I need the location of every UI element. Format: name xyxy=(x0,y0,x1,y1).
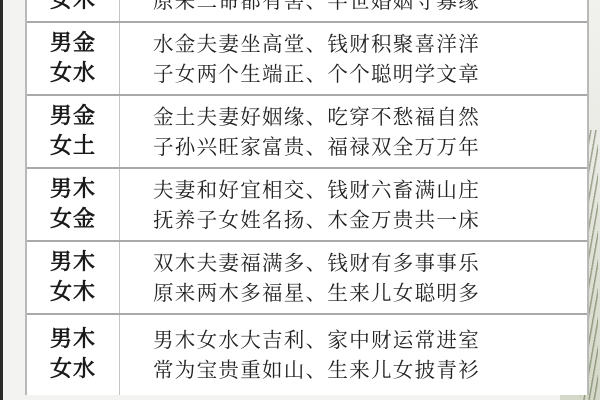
verse-cell: 夫妻和好宜相交、钱财六畜满山庄 抚养子女姓名扬、木金万贵共一床 xyxy=(120,169,587,240)
verse-line-2: 抚养子女姓名扬、木金万贵共一床 xyxy=(153,205,587,235)
element-pair-label: 男金 女木 xyxy=(27,0,120,21)
element-pair-label: 男金 女水 xyxy=(27,23,120,94)
verse-line-2: 子孙兴旺家富贵、福禄双全万万年 xyxy=(153,132,587,162)
verse-line-2: 原来二命都有害、半世婚姻守寡缘 xyxy=(153,0,587,16)
female-element: 女水 xyxy=(50,355,96,385)
left-border xyxy=(0,0,3,400)
table-row: 男木 女水 男木女水大吉利、家中财运常进室 常为宝贵重如山、生来儿女披青衫 xyxy=(27,315,587,395)
verse-cell: 双木夫妻福满多、钱财有多事事乐 原来两木多福星、生来儿女聪明多 xyxy=(120,242,587,313)
verse-cell: 金木夫妻不相配、时常争吵不安宁 原来二命都有害、半世婚姻守寡缘 xyxy=(120,0,587,21)
verse-line-1: 双木夫妻福满多、钱财有多事事乐 xyxy=(153,248,587,278)
male-element: 男木 xyxy=(50,248,96,278)
female-element: 女木 xyxy=(50,0,96,16)
female-element: 女木 xyxy=(50,278,96,308)
female-element: 女土 xyxy=(50,132,96,162)
verse-line-2: 子女两个生端正、个个聪明学文章 xyxy=(153,59,587,89)
female-element: 女金 xyxy=(50,205,96,235)
male-element: 男金 xyxy=(50,102,96,132)
table-row: 男木 女木 双木夫妻福满多、钱财有多事事乐 原来两木多福星、生来儿女聪明多 xyxy=(27,242,587,315)
element-pair-label: 男木 女金 xyxy=(27,169,120,240)
element-pair-label: 男木 女水 xyxy=(27,315,120,395)
table-row: 男金 女木 金木夫妻不相配、时常争吵不安宁 原来二命都有害、半世婚姻守寡缘 xyxy=(27,0,587,23)
verse-line-2: 原来两木多福星、生来儿女聪明多 xyxy=(153,278,587,308)
verse-line-1: 水金夫妻坐高堂、钱财积聚喜洋洋 xyxy=(153,29,587,59)
verse-line-1: 金土夫妻好姻缘、吃穿不愁福自然 xyxy=(153,102,587,132)
table-row: 男木 女金 夫妻和好宜相交、钱财六畜满山庄 抚养子女姓名扬、木金万贵共一床 xyxy=(27,169,587,242)
male-element: 男木 xyxy=(50,325,96,355)
male-element: 男金 xyxy=(50,29,96,59)
verse-line-2: 常为宝贵重如山、生来儿女披青衫 xyxy=(153,355,587,385)
table-row: 男金 女土 金土夫妻好姻缘、吃穿不愁福自然 子孙兴旺家富贵、福禄双全万万年 xyxy=(27,96,587,169)
verse-line-1: 男木女水大吉利、家中财运常进室 xyxy=(153,325,587,355)
verse-line-1: 夫妻和好宜相交、钱财六畜满山庄 xyxy=(153,175,587,205)
five-elements-marriage-table: 男金 女木 金木夫妻不相配、时常争吵不安宁 原来二命都有害、半世婚姻守寡缘 男金… xyxy=(25,0,589,395)
element-pair-label: 男木 女木 xyxy=(27,242,120,313)
element-pair-label: 男金 女土 xyxy=(27,96,120,167)
verse-cell: 男木女水大吉利、家中财运常进室 常为宝贵重如山、生来儿女披青衫 xyxy=(120,315,587,395)
female-element: 女水 xyxy=(50,59,96,89)
verse-cell: 金土夫妻好姻缘、吃穿不愁福自然 子孙兴旺家富贵、福禄双全万万年 xyxy=(120,96,587,167)
table-row: 男金 女水 水金夫妻坐高堂、钱财积聚喜洋洋 子女两个生端正、个个聪明学文章 xyxy=(27,23,587,96)
verse-cell: 水金夫妻坐高堂、钱财积聚喜洋洋 子女两个生端正、个个聪明学文章 xyxy=(120,23,587,94)
male-element: 男木 xyxy=(50,175,96,205)
